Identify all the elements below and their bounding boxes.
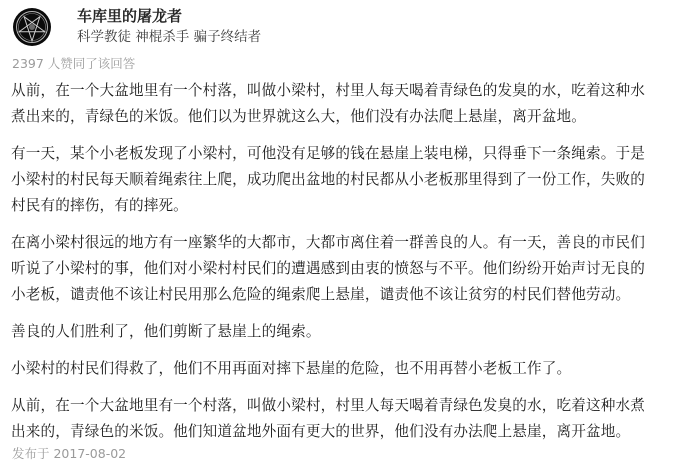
- paragraph-line: 从前，在一个大盆地里有一个村落，叫做小梁村，村里人每天喝着青绿色的发臭的水，吃着…: [11, 78, 671, 104]
- answer-paragraph: 小梁村的村民们得救了，他们不用再面对摔下悬崖的危险，也不用再替小老板工作了。: [11, 356, 671, 382]
- vote-count[interactable]: 2397 人赞同了该回答: [12, 56, 135, 72]
- publish-date[interactable]: 发布于 2017-08-02: [12, 446, 126, 462]
- paragraph-line: 煮出来的，青绿色的米饭。他们以为世界就这么大，他们没有办法爬上悬崖，离开盆地。: [11, 104, 671, 130]
- paragraph-line: 小梁村的村民每天顺着绳索往上爬，成功爬出盆地的村民都从小老板那里得到了一份工作，…: [11, 167, 671, 193]
- answer-paragraph: 有一天，某个小老板发现了小梁村，可他没有足够的钱在悬崖上装电梯，只得垂下一条绳索…: [11, 141, 671, 219]
- answer-paragraph: 善良的人们胜利了，他们剪断了悬崖上的绳索。: [11, 319, 671, 345]
- paragraph-line: 小梁村的村民们得救了，他们不用再面对摔下悬崖的危险，也不用再替小老板工作了。: [11, 356, 671, 382]
- paragraph-line: 从前，在一个大盆地里有一个村落，叫做小梁村，村里人每天喝着青绿色发臭的水，吃着这…: [11, 393, 671, 419]
- author-name[interactable]: 车库里的屠龙者: [77, 7, 261, 26]
- paragraph-line: 在离小梁村很远的地方有一座繁华的大都市，大都市离住着一群善良的人。有一天，善良的…: [11, 230, 671, 256]
- paragraph-line: 善良的人们胜利了，他们剪断了悬崖上的绳索。: [11, 319, 671, 345]
- avatar[interactable]: [13, 8, 51, 46]
- paragraph-line: 村民有的摔伤，有的摔死。: [11, 193, 671, 219]
- paragraph-line: 有一天，某个小老板发现了小梁村，可他没有足够的钱在悬崖上装电梯，只得垂下一条绳索…: [11, 141, 671, 167]
- pentagram-icon: [15, 10, 49, 44]
- answer-paragraph: 在离小梁村很远的地方有一座繁华的大都市，大都市离住着一群善良的人。有一天，善良的…: [11, 230, 671, 308]
- answer-paragraph: 从前，在一个大盆地里有一个村落，叫做小梁村，村里人每天喝着青绿色的发臭的水，吃着…: [11, 78, 671, 130]
- answer-paragraph: 从前，在一个大盆地里有一个村落，叫做小梁村，村里人每天喝着青绿色发臭的水，吃着这…: [11, 393, 671, 445]
- answer-content: 从前，在一个大盆地里有一个村落，叫做小梁村，村里人每天喝着青绿色的发臭的水，吃着…: [11, 78, 671, 456]
- answer-author-header: 车库里的屠龙者 科学教徒 神棍杀手 骗子终结者: [13, 7, 261, 47]
- paragraph-line: 出来的，青绿色的米饭。他们知道盆地外面有更大的世界，他们没有办法爬上悬崖，离开盆…: [11, 419, 671, 445]
- author-bio: 科学教徒 神棍杀手 骗子终结者: [77, 28, 261, 47]
- paragraph-line: 听说了小梁村的事，他们对小梁村村民们的遭遇感到由衷的愤怒与不平。他们纷纷开始声讨…: [11, 256, 671, 282]
- paragraph-line: 小老板，谴责他不该让村民用那么危险的绳索爬上悬崖，谴责他不该让贫穷的村民们替他劳…: [11, 282, 671, 308]
